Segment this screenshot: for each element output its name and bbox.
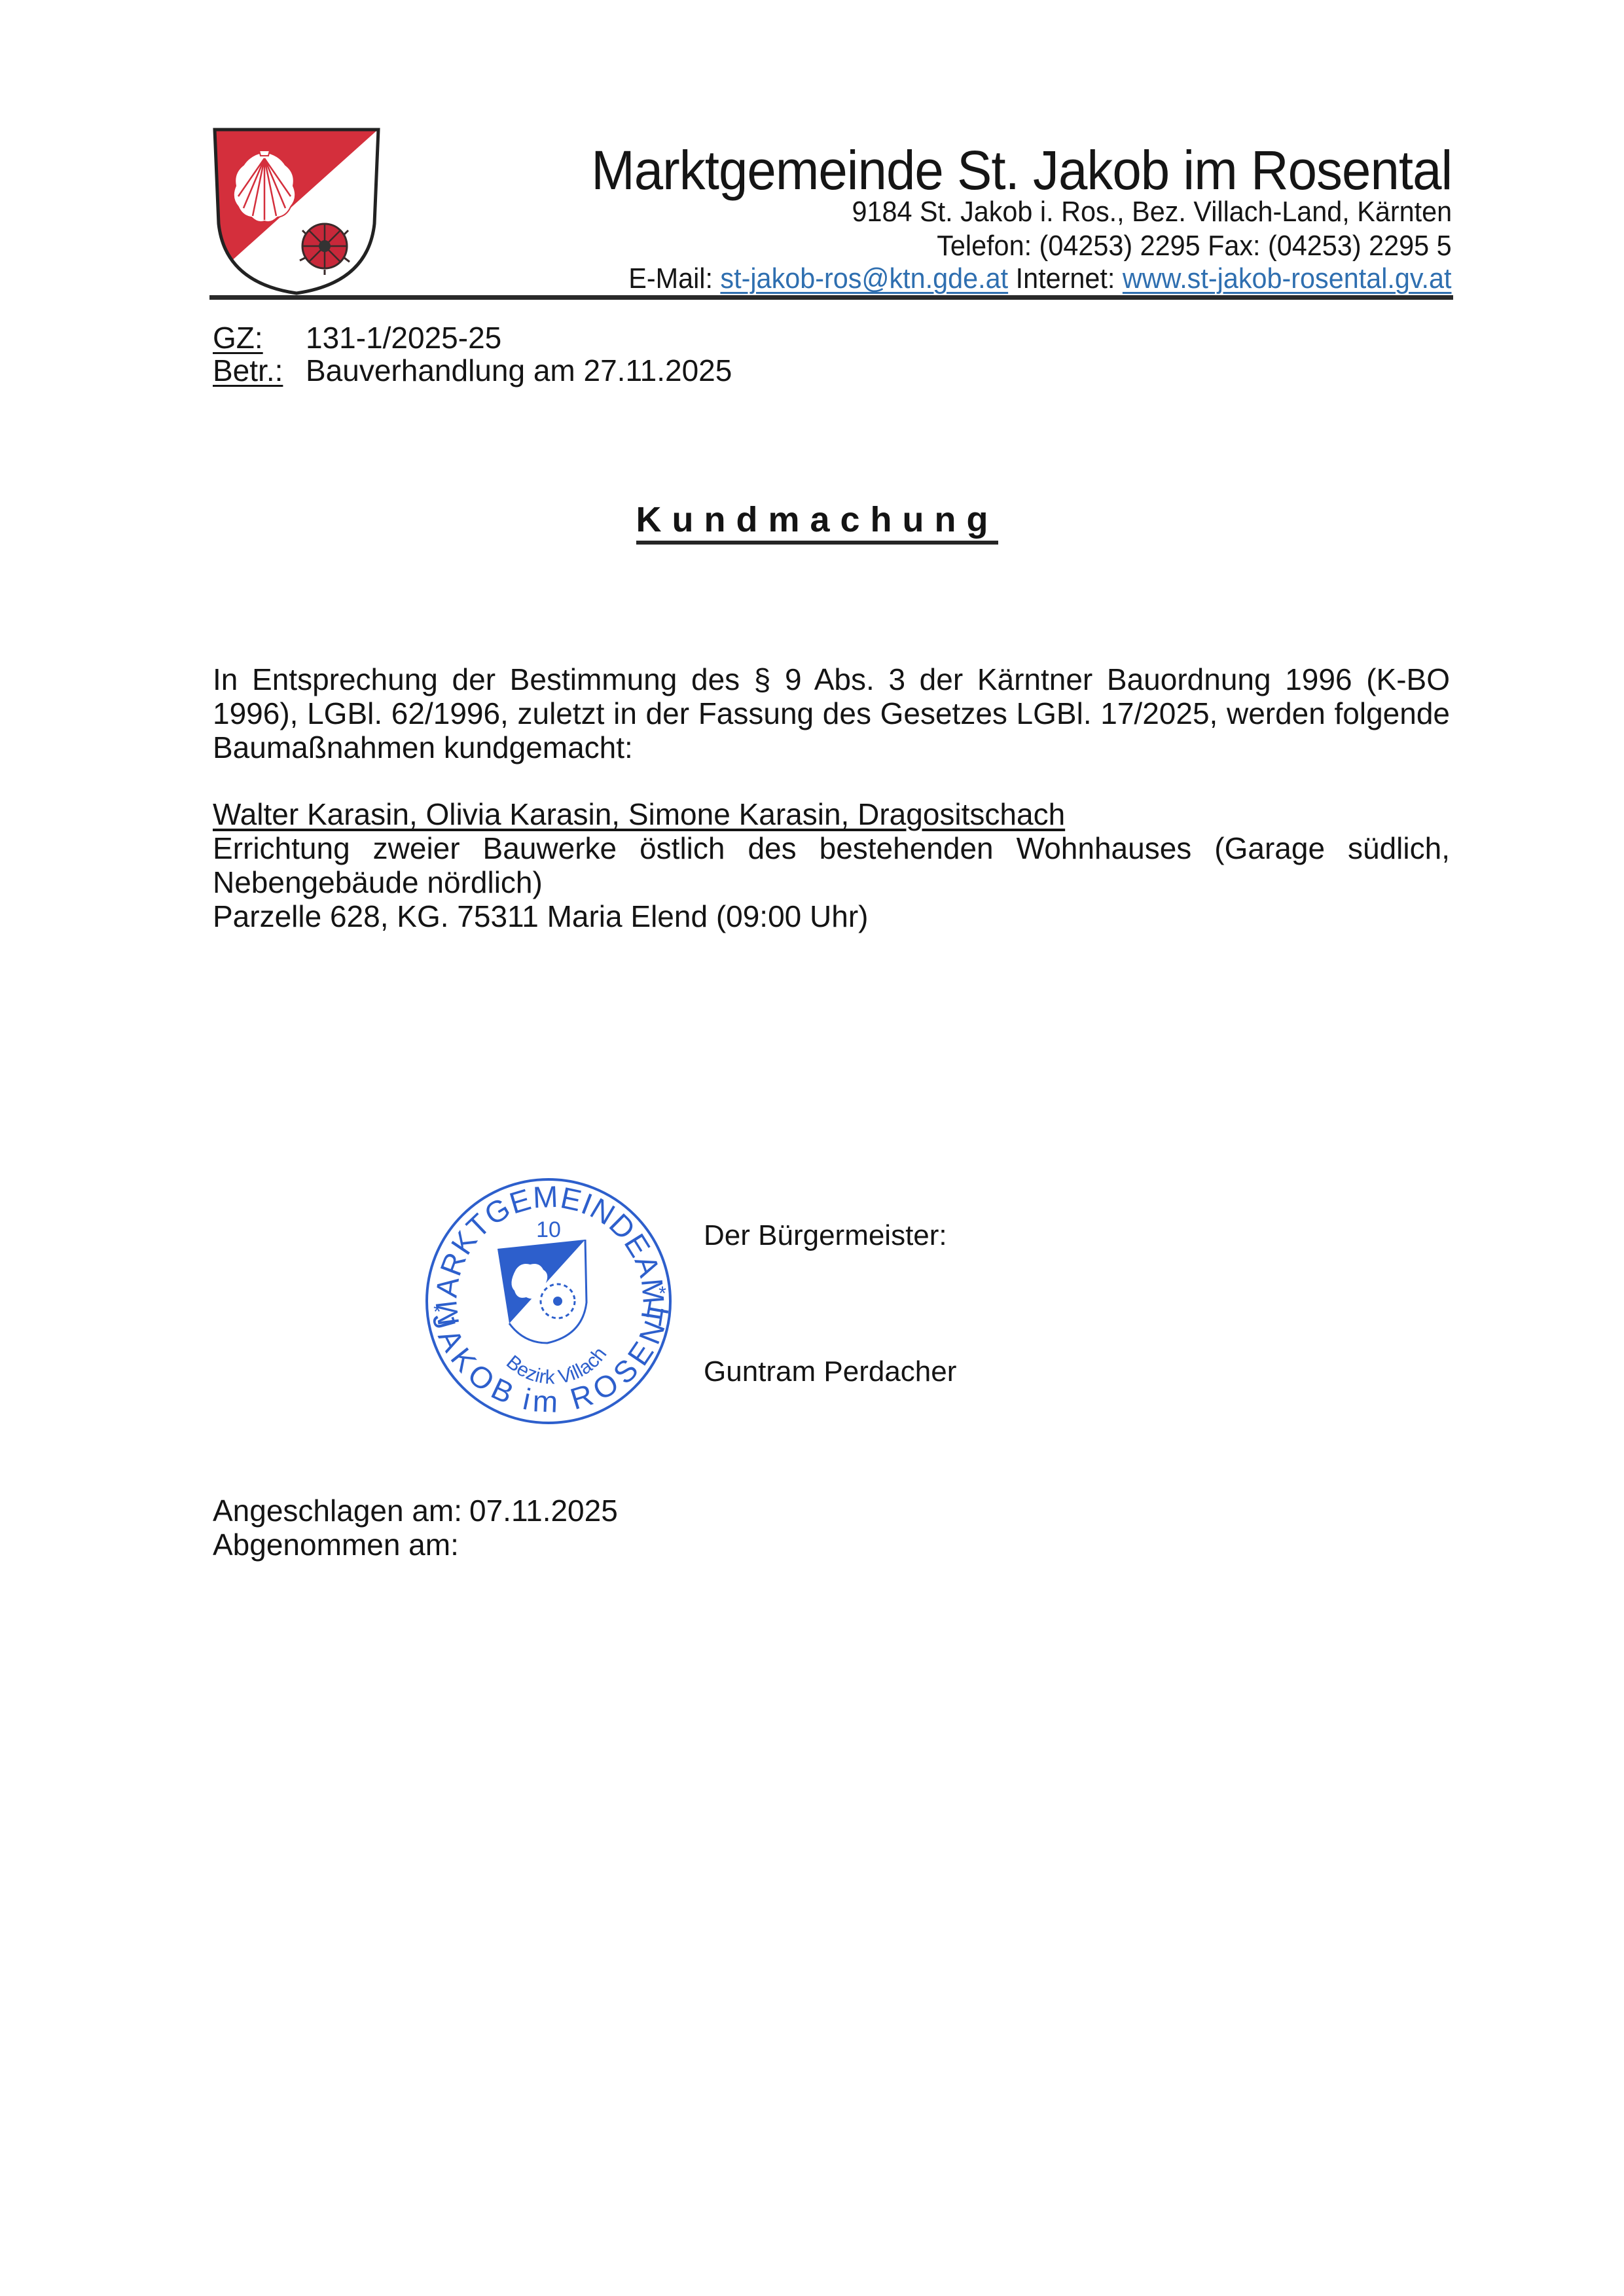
betr-value: Bauverhandlung am 27.11.2025 <box>306 353 732 387</box>
project-location: Parzelle 628, KG. 75311 Maria Elend (09:… <box>213 899 1450 933</box>
project-block: Walter Karasin, Olivia Karasin, Simone K… <box>213 797 1450 933</box>
gz-label: GZ: <box>213 321 306 355</box>
signature-name: Guntram Perdacher <box>704 1355 956 1389</box>
signature-role: Der Bürgermeister: <box>704 1219 947 1253</box>
stamp-star-right: * <box>659 1283 666 1304</box>
posted-value: 07.11.2025 <box>469 1494 618 1528</box>
letterhead-contact: E-Mail: st-jakob-ros@ktn.gde.at Internet… <box>629 262 1452 296</box>
posted-label: Angeschlagen am: <box>213 1494 469 1528</box>
stamp-star-left: * <box>433 1301 441 1323</box>
betr-label: Betr.: <box>213 353 306 387</box>
coat-of-arms-icon <box>211 126 382 297</box>
applicants: Walter Karasin, Olivia Karasin, Simone K… <box>213 797 1065 831</box>
document-title-text: Kundmachung <box>636 500 999 545</box>
intro-paragraph: In Entsprechung der Bestimmung des § 9 A… <box>213 662 1450 764</box>
internet-label: Internet: <box>1009 262 1123 295</box>
posting-posted-row: Angeschlagen am:07.11.2025 <box>213 1494 618 1528</box>
website-link[interactable]: www.st-jakob-rosental.gv.at <box>1123 262 1452 295</box>
letterhead-address: 9184 St. Jakob i. Ros., Bez. Villach-Lan… <box>852 195 1452 229</box>
reference-subject: Betr.:Bauverhandlung am 27.11.2025 <box>213 353 732 387</box>
official-stamp: MARKTGEMEINDEAMT ST JAKOB im ROSENTAL Be… <box>419 1172 681 1433</box>
letterhead-phone-fax: Telefon: (04253) 2295 Fax: (04253) 2295 … <box>937 229 1452 263</box>
project-description: Errichtung zweier Bauwerke östlich des b… <box>213 831 1450 899</box>
stamp-number: 10 <box>536 1217 561 1242</box>
intro-text: In Entsprechung der Bestimmung des § 9 A… <box>213 662 1450 764</box>
letterhead-title: Marktgemeinde St. Jakob im Rosental <box>591 139 1452 202</box>
stamp-coat-of-arms-icon <box>497 1240 586 1343</box>
posting-removed-row: Abgenommen am: <box>213 1528 469 1562</box>
email-label: E-Mail: <box>629 262 721 295</box>
document-title: Kundmachung <box>0 499 1624 541</box>
gz-value: 131-1/2025-25 <box>306 321 501 355</box>
header-divider <box>209 295 1453 300</box>
email-link[interactable]: st-jakob-ros@ktn.gde.at <box>721 262 1009 295</box>
removed-label: Abgenommen am: <box>213 1528 469 1562</box>
reference-gz: GZ:131-1/2025-25 <box>213 321 501 355</box>
